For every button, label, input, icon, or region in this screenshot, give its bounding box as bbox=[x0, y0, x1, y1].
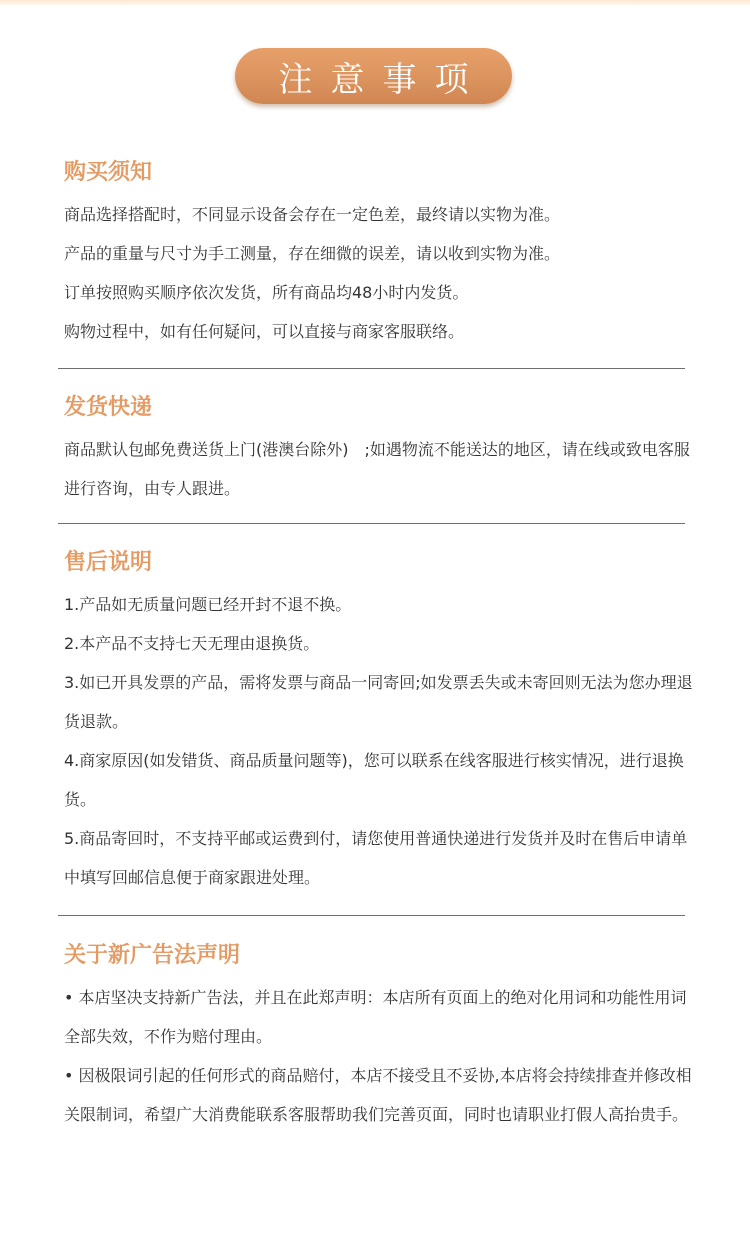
section-divider bbox=[58, 523, 685, 524]
section-purchase-notice: 购买须知 商品选择搭配时，不同显示设备会存在一定色差，最终请以实物为准。 产品的… bbox=[64, 158, 694, 351]
paragraph: 商品选择搭配时，不同显示设备会存在一定色差，最终请以实物为准。 bbox=[64, 195, 694, 234]
paragraph: 3.如已开具发票的产品，需将发票与商品一同寄回;如发票丢失或未寄回则无法为您办理… bbox=[64, 663, 694, 741]
paragraph: 商品默认包邮免费送货上门(港澳台除外) ;如遇物流不能送达的地区，请在线或致电客… bbox=[64, 430, 694, 508]
section-shipping: 发货快递 商品默认包邮免费送货上门(港澳台除外) ;如遇物流不能送达的地区，请在… bbox=[64, 393, 694, 508]
page-title: 注意事项 bbox=[261, 52, 487, 101]
section-title: 售后说明 bbox=[64, 548, 694, 578]
section-title: 发货快递 bbox=[64, 393, 694, 423]
section-title: 购买须知 bbox=[64, 158, 694, 188]
paragraph: • 因极限词引起的任何形式的商品赔付，本店不接受且不妥协,本店将会持续排查并修改… bbox=[64, 1056, 694, 1134]
paragraph: • 本店坚决支持新广告法，并且在此郑声明：本店所有页面上的绝对化用词和功能性用词… bbox=[64, 978, 694, 1056]
section-divider bbox=[58, 915, 685, 916]
section-ad-law-statement: 关于新广告法声明 • 本店坚决支持新广告法，并且在此郑声明：本店所有页面上的绝对… bbox=[64, 941, 694, 1134]
paragraph: 订单按照购买顺序依次发货，所有商品均48小时内发货。 bbox=[64, 273, 694, 312]
section-title: 关于新广告法声明 bbox=[64, 941, 694, 971]
paragraph: 4.商家原因(如发错货、商品质量问题等)，您可以联系在线客服进行核实情况，进行退… bbox=[64, 741, 694, 819]
section-after-sales: 售后说明 1.产品如无质量问题已经开封不退不换。 2.本产品不支持七天无理由退换… bbox=[64, 548, 694, 897]
section-divider bbox=[58, 368, 685, 369]
paragraph: 2.本产品不支持七天无理由退换货。 bbox=[64, 624, 694, 663]
paragraph: 5.商品寄回时，不支持平邮或运费到付，请您使用普通快递进行发货并及时在售后申请单… bbox=[64, 819, 694, 897]
paragraph: 购物过程中，如有任何疑问，可以直接与商家客服联络。 bbox=[64, 312, 694, 351]
top-accent-strip bbox=[0, 0, 750, 5]
paragraph: 产品的重量与尺寸为手工测量，存在细微的误差，请以收到实物为准。 bbox=[64, 234, 694, 273]
paragraph: 1.产品如无质量问题已经开封不退不换。 bbox=[64, 585, 694, 624]
notice-title-banner: 注意事项 bbox=[235, 48, 512, 104]
